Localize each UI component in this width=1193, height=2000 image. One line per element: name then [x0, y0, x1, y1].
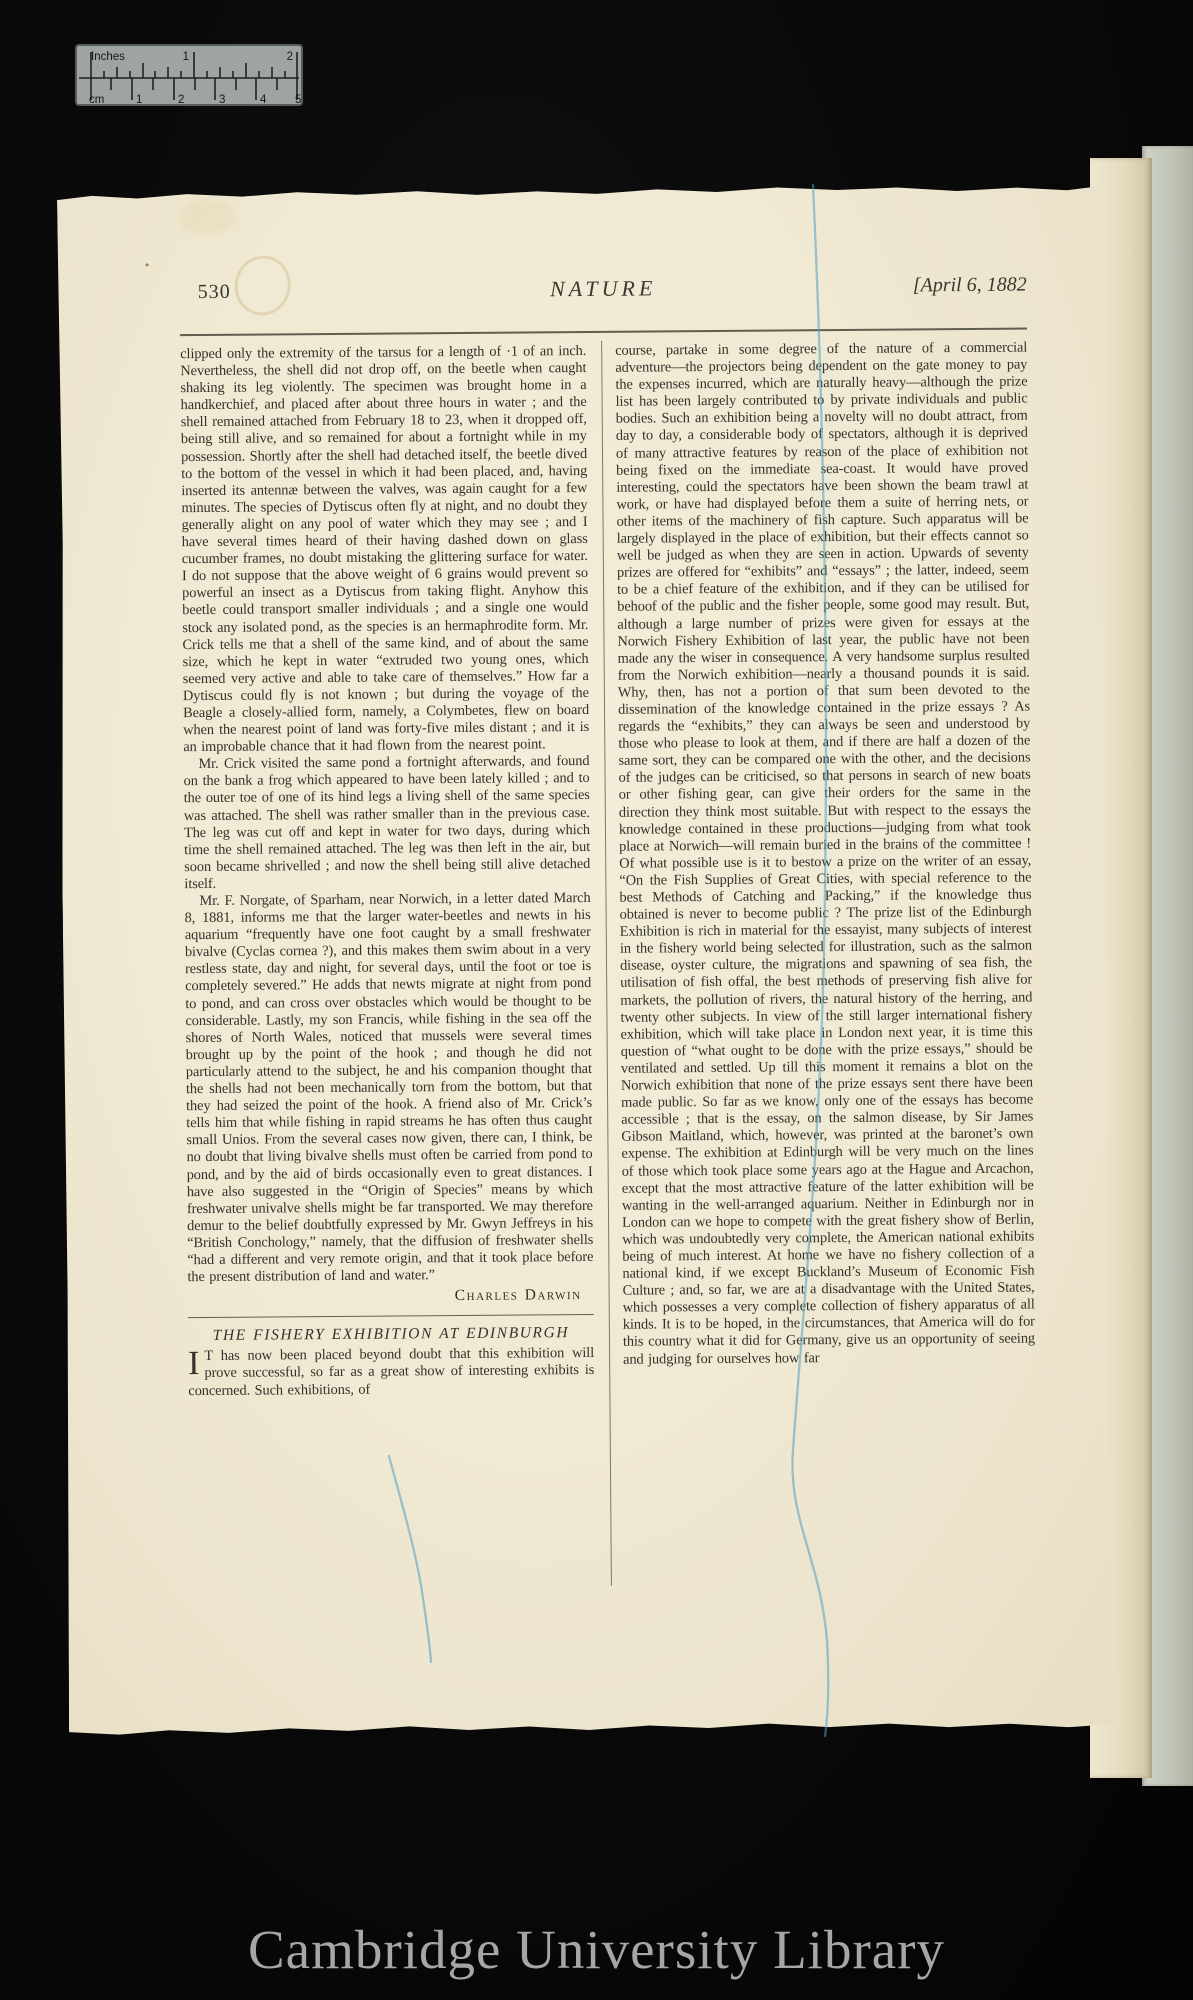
section-intro-text: T has now been placed beyond doubt that …: [188, 1345, 594, 1398]
ruler-inches-label: Inches: [91, 51, 125, 63]
scanned-page: 530 NATURE [April 6, 1882 clipped only t…: [57, 184, 1114, 1737]
right-column: course, partake in some degree of the na…: [615, 340, 1037, 1588]
measurement-ruler: Inches 1 2 cm 1 2 3 4 5: [75, 44, 303, 106]
page-number: 530: [198, 281, 231, 304]
ruler-inch-1: 1: [183, 51, 189, 63]
drop-cap: I: [188, 1348, 204, 1378]
left-column: clipped only the extremity of the tarsus…: [180, 343, 596, 1608]
paragraph: Mr. Crick visited the same pond a fortni…: [183, 753, 590, 893]
issue-date: [April 6, 1882: [913, 274, 1027, 298]
ruler-cm-label: cm: [89, 94, 104, 106]
page-header: 530 NATURE [April 6, 1882: [180, 271, 1027, 312]
paper-stain-smudge: [177, 199, 237, 235]
ruler-cm-1: 1: [136, 94, 142, 106]
paragraph: Mr. F. Norgate, of Sparham, near Norwich…: [184, 890, 593, 1286]
ruler-inch-2: 2: [287, 51, 293, 63]
paper-stain-dot: [146, 263, 149, 266]
ruler-cm-5: 5: [295, 94, 301, 106]
photograph-background: Inches 1 2 cm 1 2 3 4 5 530 NATURE [Apri…: [0, 0, 1193, 2000]
paragraph: clipped only the extremity of the tarsus…: [180, 343, 589, 756]
journal-title: NATURE: [550, 275, 656, 302]
library-watermark: Cambridge University Library: [0, 1918, 1193, 1981]
darwin-signature: Charles Darwin: [188, 1286, 594, 1306]
header-rule: [180, 328, 1027, 337]
paragraph: course, partake in some degree of the na…: [615, 340, 1035, 1369]
ruler-cm-4: 4: [260, 94, 267, 106]
column-divider-rule: [601, 341, 612, 1586]
ruler-cm-3: 3: [219, 94, 225, 106]
section-heading: THE FISHERY EXHIBITION AT EDINBURGH: [188, 1324, 594, 1344]
section-rule: [188, 1314, 594, 1318]
section-intro: IT has now been placed beyond doubt that…: [188, 1345, 594, 1399]
ruler-cm-2: 2: [178, 94, 184, 106]
